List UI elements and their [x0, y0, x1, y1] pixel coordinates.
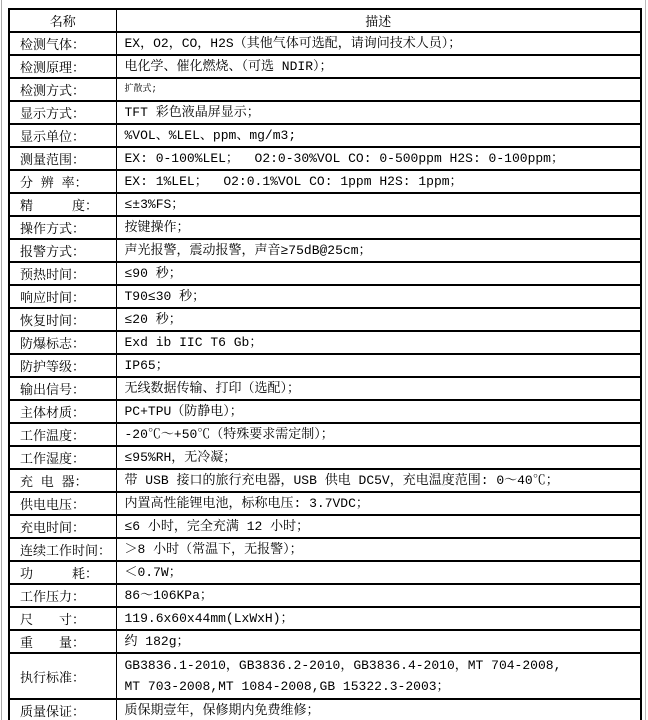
spec-name-cell: 工作湿度： — [9, 446, 116, 469]
spec-name-cell: 精 度： — [9, 193, 116, 216]
table-row: 测量范围：EX: 0-100%LEL； O2:0-30%VOL CO: 0-50… — [9, 147, 641, 170]
spec-description-cell: T90≤30 秒； — [116, 285, 641, 308]
spec-name-cell: 操作方式： — [9, 216, 116, 239]
table-row: 检测方式：扩散式; — [9, 78, 641, 101]
spec-description-cell: EX，O2，CO，H2S（其他气体可选配，请询问技术人员）； — [116, 32, 641, 55]
spec-description-cell: 按键操作； — [116, 216, 641, 239]
spec-name-cell: 响应时间： — [9, 285, 116, 308]
spec-description-cell: ≤95%RH，无冷凝； — [116, 446, 641, 469]
spec-name-cell: 工作压力： — [9, 584, 116, 607]
table-row: 工作压力：86～106KPa； — [9, 584, 641, 607]
spec-name-cell: 主体材质： — [9, 400, 116, 423]
header-name-cell: 名称 — [9, 9, 116, 32]
table-row: 操作方式：按键操作； — [9, 216, 641, 239]
spec-description-cell: 119.6x60x44mm(LxWxH)； — [116, 607, 641, 630]
table-row: 充 电 器：带 USB 接口的旅行充电器，USB 供电 DC5V，充电温度范围:… — [9, 469, 641, 492]
table-row: 执行标准：GB3836.1-2010，GB3836.2-2010，GB3836.… — [9, 653, 641, 699]
table-row: 显示方式：TFT 彩色液晶屏显示； — [9, 101, 641, 124]
spec-description-cell: EX: 1%LEL； O2:0.1%VOL CO: 1ppm H2S: 1ppm… — [116, 170, 641, 193]
table-row: 重 量：约 182g； — [9, 630, 641, 653]
table-row: 供电电压：内置高性能锂电池，标称电压: 3.7VDC； — [9, 492, 641, 515]
spec-description-cell: 扩散式; — [116, 78, 641, 101]
spec-description-cell: %VOL、%LEL、ppm、mg/m3; — [116, 124, 641, 147]
spec-description-cell: 带 USB 接口的旅行充电器，USB 供电 DC5V，充电温度范围: 0～40℃… — [116, 469, 641, 492]
spec-name-cell: 工作温度： — [9, 423, 116, 446]
spec-name-cell: 重 量： — [9, 630, 116, 653]
spec-description-cell: 内置高性能锂电池，标称电压: 3.7VDC； — [116, 492, 641, 515]
spec-description-cell: 质保期壹年，保修期内免费维修； — [116, 699, 641, 720]
table-row: 工作温度：-20℃～+50℃（特殊要求需定制）； — [9, 423, 641, 446]
table-row: 工作湿度：≤95%RH，无冷凝； — [9, 446, 641, 469]
spec-name-cell: 防爆标志： — [9, 331, 116, 354]
spec-description-cell: ≤90 秒； — [116, 262, 641, 285]
table-row: 防护等级：IP65； — [9, 354, 641, 377]
spec-name-cell: 分 辨 率： — [9, 170, 116, 193]
spec-description-cell: GB3836.1-2010，GB3836.2-2010，GB3836.4-201… — [116, 653, 641, 699]
spec-name-cell: 显示方式： — [9, 101, 116, 124]
table-row: 充电时间：≤6 小时，完全充满 12 小时； — [9, 515, 641, 538]
product-spec-table: 名称 描述 检测气体：EX，O2，CO，H2S（其他气体可选配，请询问技术人员）… — [8, 8, 642, 720]
spec-name-cell: 连续工作时间： — [9, 538, 116, 561]
spec-name-cell: 尺 寸： — [9, 607, 116, 630]
table-row: 报警方式：声光报警，震动报警，声音≥75dB@25cm； — [9, 239, 641, 262]
spec-name-cell: 防护等级： — [9, 354, 116, 377]
spec-description-cell: 约 182g； — [116, 630, 641, 653]
spec-name-cell: 测量范围： — [9, 147, 116, 170]
spec-name-cell: 预热时间： — [9, 262, 116, 285]
spec-name-cell: 充 电 器： — [9, 469, 116, 492]
spec-description-cell: ≤6 小时，完全充满 12 小时； — [116, 515, 641, 538]
table-row: 检测原理：电化学、催化燃烧、（可选 NDIR）； — [9, 55, 641, 78]
table-row: 质量保证：质保期壹年，保修期内免费维修； — [9, 699, 641, 720]
spec-name-cell: 充电时间： — [9, 515, 116, 538]
table-row: 主体材质：PC+TPU（防静电）； — [9, 400, 641, 423]
table-row: 精 度：≤±3%FS； — [9, 193, 641, 216]
spec-description-cell: PC+TPU（防静电）； — [116, 400, 641, 423]
table-row: 功 耗：＜0.7W； — [9, 561, 641, 584]
spec-description-cell: ＞8 小时（常温下，无报警）； — [116, 538, 641, 561]
spec-description-cell: -20℃～+50℃（特殊要求需定制）； — [116, 423, 641, 446]
page-edge-right-line — [645, 0, 646, 720]
spec-description-cell: 无线数据传输、打印（选配）； — [116, 377, 641, 400]
spec-description-cell: ≤20 秒； — [116, 308, 641, 331]
table-row: 输出信号：无线数据传输、打印（选配）； — [9, 377, 641, 400]
spec-name-cell: 恢复时间： — [9, 308, 116, 331]
table-row: 分 辨 率：EX: 1%LEL； O2:0.1%VOL CO: 1ppm H2S… — [9, 170, 641, 193]
header-row: 名称 描述 — [9, 9, 641, 32]
spec-sheet-page: 名称 描述 检测气体：EX，O2，CO，H2S（其他气体可选配，请询问技术人员）… — [0, 0, 648, 720]
spec-description-cell: IP65； — [116, 354, 641, 377]
spec-name-cell: 显示单位： — [9, 124, 116, 147]
spec-name-cell: 功 耗： — [9, 561, 116, 584]
spec-description-cell: ≤±3%FS； — [116, 193, 641, 216]
spec-description-cell: TFT 彩色液晶屏显示； — [116, 101, 641, 124]
spec-description-cell: ＜0.7W； — [116, 561, 641, 584]
spec-name-cell: 检测原理： — [9, 55, 116, 78]
spec-description-cell: 86～106KPa； — [116, 584, 641, 607]
table-row: 连续工作时间：＞8 小时（常温下，无报警）； — [9, 538, 641, 561]
spec-description-cell: EX: 0-100%LEL； O2:0-30%VOL CO: 0-500ppm … — [116, 147, 641, 170]
table-row: 恢复时间：≤20 秒； — [9, 308, 641, 331]
table-row: 尺 寸：119.6x60x44mm(LxWxH)； — [9, 607, 641, 630]
spec-description-cell: 声光报警，震动报警，声音≥75dB@25cm； — [116, 239, 641, 262]
page-edge-left-line — [1, 0, 2, 720]
header-description-cell: 描述 — [116, 9, 641, 32]
spec-name-cell: 检测气体： — [9, 32, 116, 55]
table-row: 检测气体：EX，O2，CO，H2S（其他气体可选配，请询问技术人员）； — [9, 32, 641, 55]
spec-description-cell: Exd ib IIC T6 Gb； — [116, 331, 641, 354]
table-row: 响应时间：T90≤30 秒； — [9, 285, 641, 308]
spec-name-cell: 执行标准： — [9, 653, 116, 699]
spec-description-cell: 电化学、催化燃烧、（可选 NDIR）； — [116, 55, 641, 78]
spec-name-cell: 检测方式： — [9, 78, 116, 101]
table-row: 防爆标志：Exd ib IIC T6 Gb； — [9, 331, 641, 354]
spec-name-cell: 报警方式： — [9, 239, 116, 262]
spec-name-cell: 供电电压： — [9, 492, 116, 515]
table-row: 显示单位：%VOL、%LEL、ppm、mg/m3; — [9, 124, 641, 147]
spec-name-cell: 输出信号： — [9, 377, 116, 400]
table-row: 预热时间：≤90 秒； — [9, 262, 641, 285]
spec-name-cell: 质量保证： — [9, 699, 116, 720]
